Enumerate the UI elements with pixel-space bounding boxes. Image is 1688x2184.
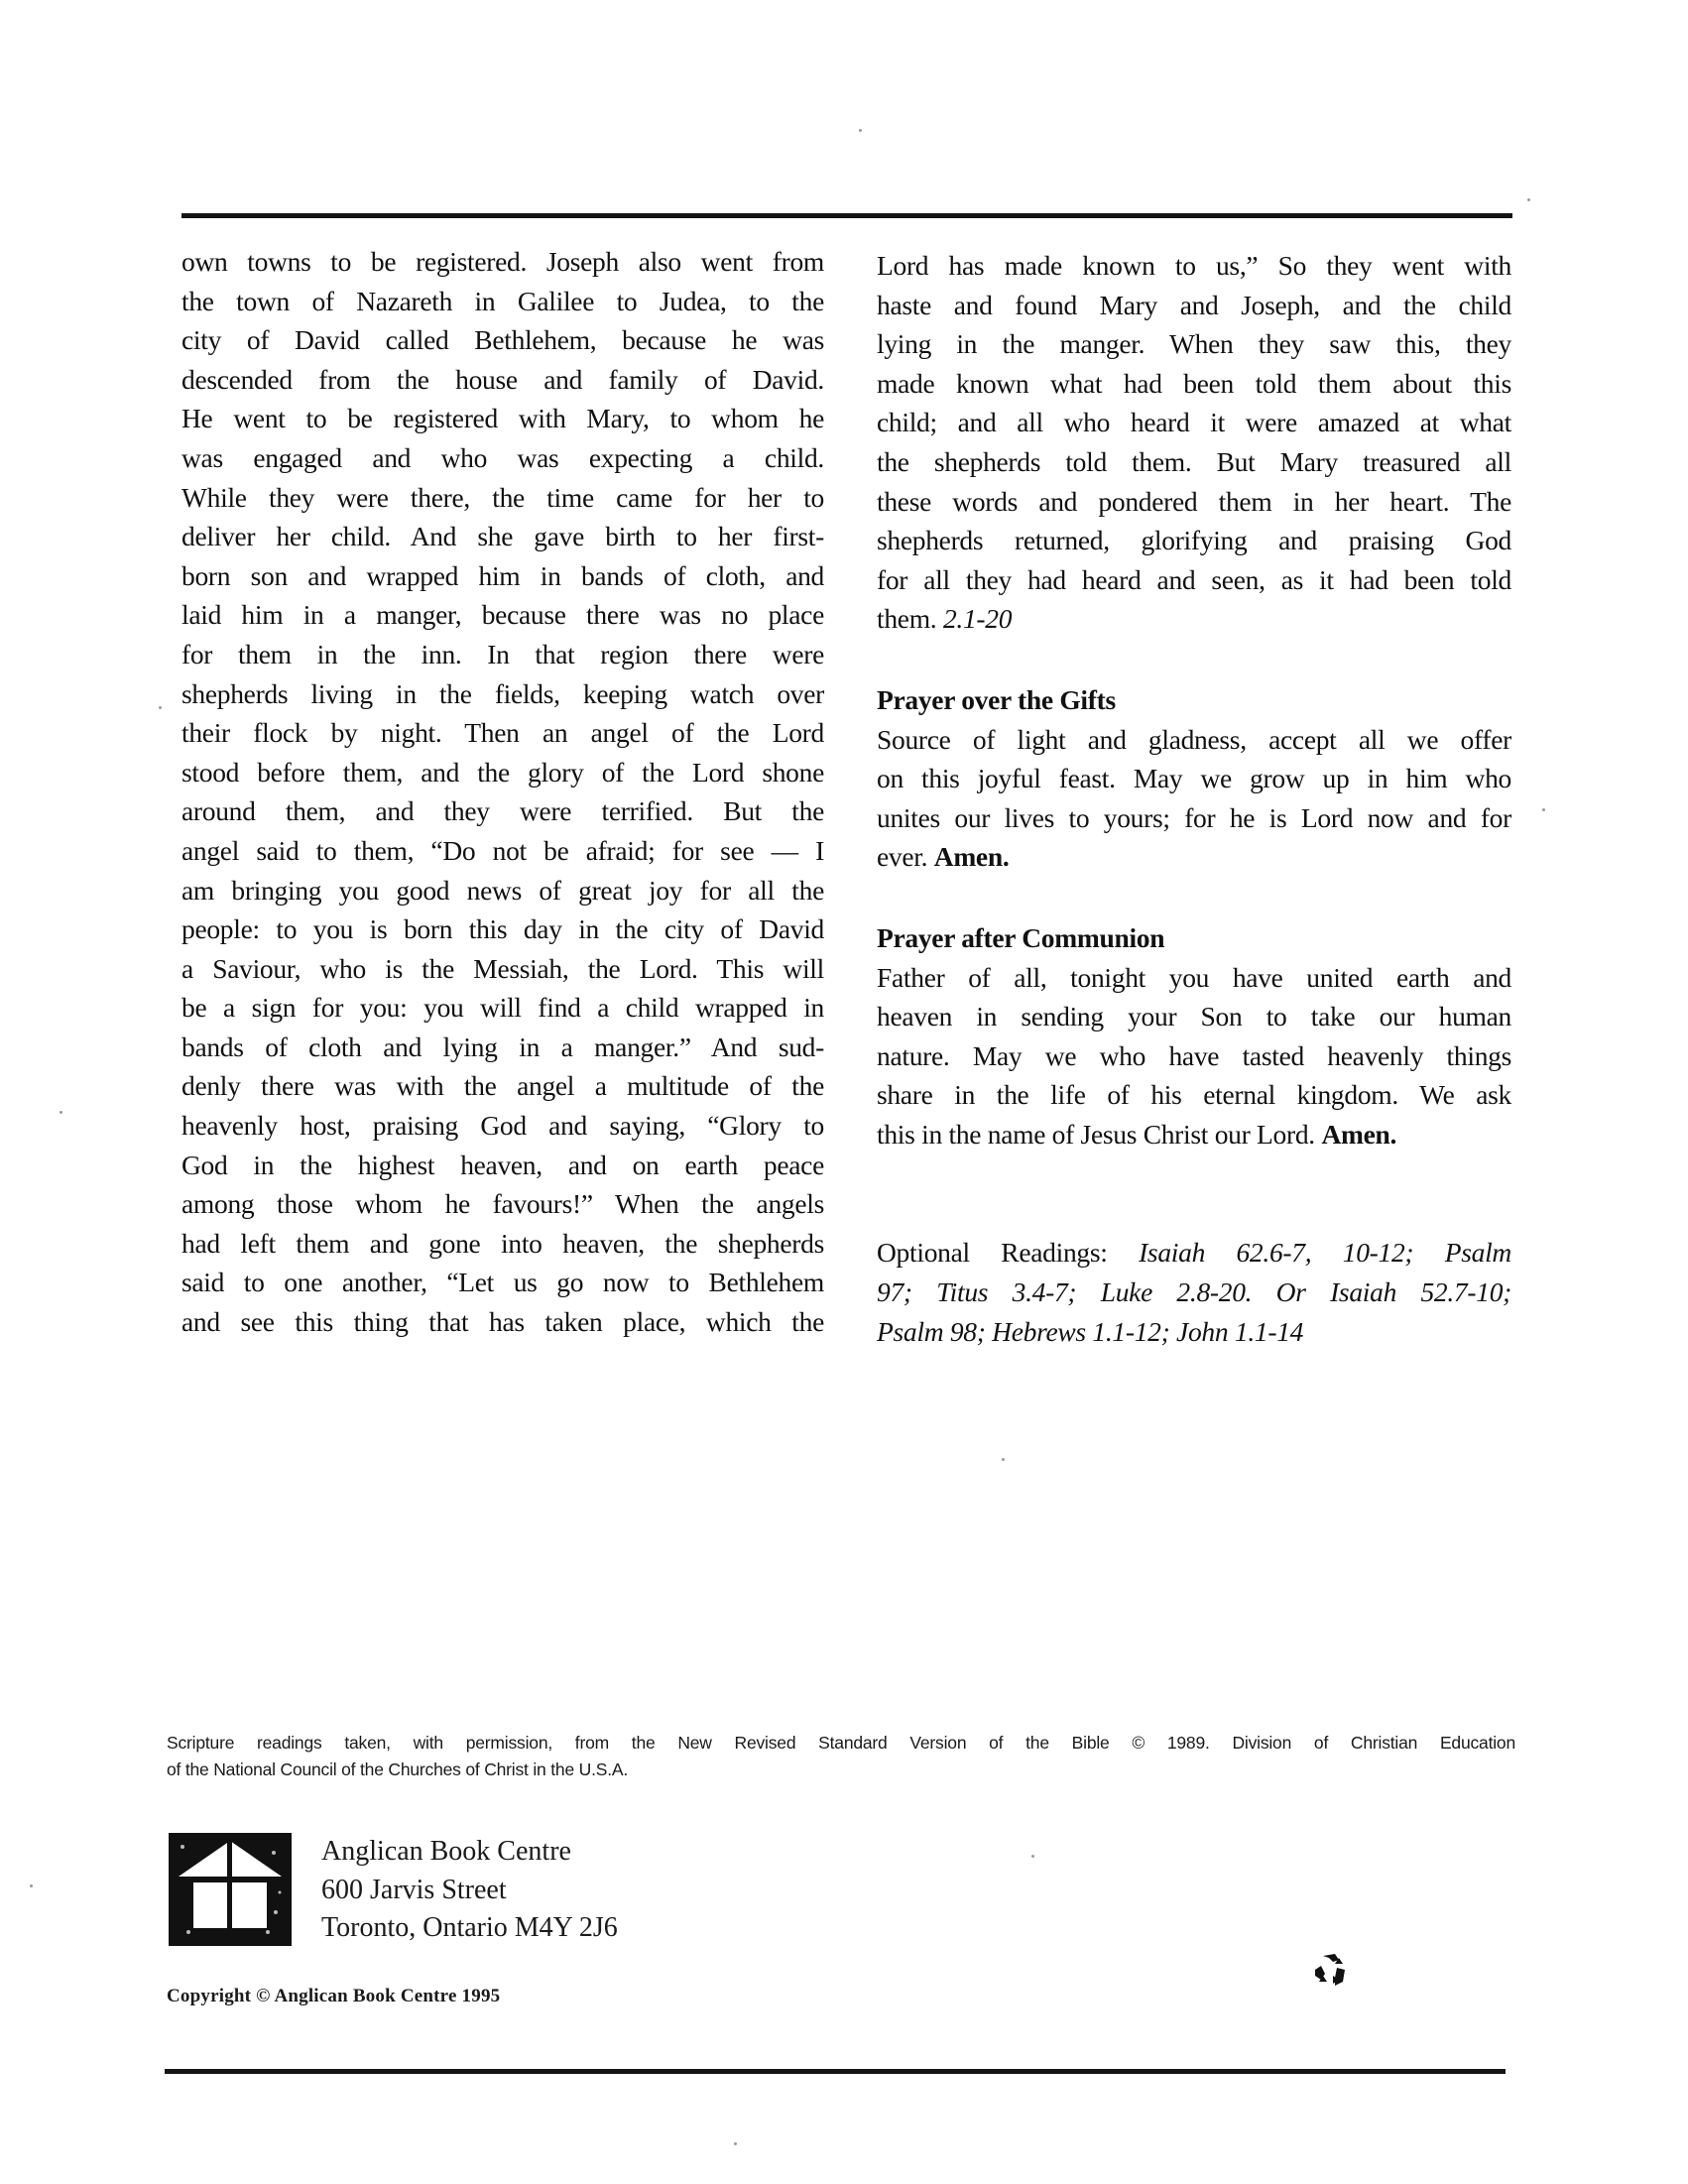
gospel-line: the shepherds told them. But Mary treasu… bbox=[877, 442, 1511, 482]
left-line: God in the highest heaven, and on earth … bbox=[181, 1146, 824, 1185]
left-line: for them in the inn. In that region ther… bbox=[181, 635, 824, 674]
left-line: laid him in a manger, because there was … bbox=[181, 595, 824, 635]
gospel-last-text: them. bbox=[877, 603, 936, 634]
left-line: stood before them, and the glory of the … bbox=[181, 753, 824, 792]
gospel-line: Lord has made known to us,” So they went… bbox=[877, 246, 1511, 286]
scan-speck bbox=[1002, 1458, 1005, 1461]
prayer-communion-last-text: this in the name of Jesus Christ our Lor… bbox=[877, 1119, 1315, 1150]
amen: Amen. bbox=[934, 841, 1010, 872]
optional-readings-line: Optional Readings: Isaiah 62.6-7, 10-12;… bbox=[877, 1233, 1511, 1273]
left-line: While they were there, the time came for… bbox=[181, 478, 824, 518]
left-line: bands of cloth and lying in a manger.” A… bbox=[181, 1028, 824, 1067]
left-line: said to one another, “Let us go now to B… bbox=[181, 1263, 824, 1302]
left-line: was engaged and who was expecting a chil… bbox=[181, 438, 824, 478]
left-line: descended from the house and family of D… bbox=[181, 360, 824, 400]
prayer-after-communion: Prayer after Communion Father of all, to… bbox=[877, 918, 1511, 1154]
scan-speck bbox=[159, 706, 162, 709]
gospel-line: child; and all who heard it were amazed … bbox=[877, 403, 1511, 442]
spacer bbox=[877, 1153, 1511, 1233]
right-column: Lord has made known to us,” So they went… bbox=[877, 246, 1511, 1351]
scan-speck bbox=[1527, 198, 1530, 201]
credit-line: of the National Council of the Churches … bbox=[167, 1757, 1515, 1783]
left-column: own towns to be registered. Joseph also … bbox=[181, 242, 824, 1342]
left-line: the town of Nazareth in Galilee to Judea… bbox=[181, 282, 824, 321]
gospel-continuation: Lord has made known to us,” So they went… bbox=[877, 246, 1511, 639]
spacer bbox=[877, 877, 1511, 918]
prayer-gifts-line: unites our lives to yours; for he is Lor… bbox=[877, 798, 1511, 838]
copyright-notice: Copyright © Anglican Book Centre 1995 bbox=[167, 1986, 500, 2007]
left-line: people: to you is born this day in the c… bbox=[181, 910, 824, 949]
prayer-communion-last-line: this in the name of Jesus Christ our Lor… bbox=[877, 1115, 1511, 1154]
prayer-communion-line: share in the life of his eternal kingdom… bbox=[877, 1075, 1511, 1115]
optional-readings-line: 97; Titus 3.4-7; Luke 2.8-20. Or Isaiah … bbox=[877, 1273, 1511, 1312]
left-line: deliver her child. And she gave birth to… bbox=[181, 517, 824, 556]
scan-speck bbox=[734, 2142, 737, 2145]
left-line: and see this thing that has taken place,… bbox=[181, 1302, 824, 1342]
left-line: am bringing you good news of great joy f… bbox=[181, 871, 824, 910]
spacer bbox=[877, 639, 1511, 680]
publisher-city: Toronto, Ontario M4Y 2J6 bbox=[321, 1909, 618, 1948]
prayer-communion-line: nature. May we who have tasted heavenly … bbox=[877, 1036, 1511, 1076]
prayer-communion-line: heaven in sending your Son to take our h… bbox=[877, 997, 1511, 1036]
bottom-rule bbox=[165, 2069, 1506, 2074]
left-line: a Saviour, who is the Messiah, the Lord.… bbox=[181, 949, 824, 989]
left-line: He went to be registered with Mary, to w… bbox=[181, 399, 824, 438]
left-line: shepherds living in the fields, keeping … bbox=[181, 674, 824, 714]
prayer-communion-line: Father of all, tonight you have united e… bbox=[877, 958, 1511, 998]
gospel-last-line: them. 2.1-20 bbox=[877, 599, 1511, 639]
prayer-gifts-last-text: ever. bbox=[877, 841, 927, 872]
gospel-line: haste and found Mary and Joseph, and the… bbox=[877, 286, 1511, 325]
scan-speck bbox=[1031, 1855, 1034, 1858]
scan-speck bbox=[1542, 808, 1545, 811]
left-line: born son and wrapped him in bands of clo… bbox=[181, 556, 824, 596]
gospel-line: lying in the manger. When they saw this,… bbox=[877, 324, 1511, 364]
gospel-reference: 2.1-20 bbox=[943, 603, 1012, 634]
recycle-icon bbox=[1309, 1948, 1353, 1992]
left-line: had left them and gone into heaven, the … bbox=[181, 1224, 824, 1264]
gospel-line: for all they had heard and seen, as it h… bbox=[877, 560, 1511, 600]
prayer-over-the-gifts: Prayer over the Gifts Source of light an… bbox=[877, 680, 1511, 877]
left-line: denly there was with the angel a multitu… bbox=[181, 1066, 824, 1106]
left-line: own towns to be registered. Joseph also … bbox=[181, 242, 824, 282]
scan-speck bbox=[60, 1111, 62, 1114]
credit-line: Scripture readings taken, with permissio… bbox=[167, 1730, 1515, 1757]
left-line: their flock by night. Then an angel of t… bbox=[181, 713, 824, 753]
left-line: angel said to them, “Do not be afraid; f… bbox=[181, 831, 824, 871]
anglican-book-centre-logo-icon bbox=[169, 1833, 292, 1946]
optional-readings: Optional Readings: Isaiah 62.6-7, 10-12;… bbox=[877, 1233, 1511, 1351]
top-rule bbox=[181, 213, 1512, 218]
scan-speck bbox=[30, 1884, 33, 1887]
scripture-credit: Scripture readings taken, with permissio… bbox=[167, 1730, 1515, 1783]
prayer-gifts-heading: Prayer over the Gifts bbox=[877, 680, 1511, 720]
publisher-name: Anglican Book Centre bbox=[321, 1833, 618, 1872]
left-line: be a sign for you: you will find a child… bbox=[181, 988, 824, 1028]
prayer-gifts-last-line: ever. Amen. bbox=[877, 837, 1511, 877]
gospel-line: shepherds returned, glorifying and prais… bbox=[877, 521, 1511, 560]
prayer-communion-heading: Prayer after Communion bbox=[877, 918, 1511, 958]
left-line: around them, and they were terrified. Bu… bbox=[181, 791, 824, 831]
optional-readings-label: Optional Readings: bbox=[877, 1237, 1108, 1268]
prayer-gifts-line: Source of light and gladness, accept all… bbox=[877, 720, 1511, 760]
scan-speck bbox=[859, 129, 862, 132]
gospel-line: made known what had been told them about… bbox=[877, 364, 1511, 404]
prayer-gifts-line: on this joyful feast. May we grow up in … bbox=[877, 759, 1511, 798]
optional-readings-line: Psalm 98; Hebrews 1.1-12; John 1.1-14 bbox=[877, 1312, 1511, 1352]
left-line: heavenly host, praising God and saying, … bbox=[181, 1106, 824, 1146]
left-line: city of David called Bethlehem, because … bbox=[181, 320, 824, 360]
optional-readings-refs: Isaiah 62.6-7, 10-12; Psalm bbox=[1139, 1237, 1511, 1268]
gospel-line: these words and pondered them in her hea… bbox=[877, 482, 1511, 522]
publisher-address: Anglican Book Centre 600 Jarvis Street T… bbox=[321, 1833, 618, 1948]
publisher-street: 600 Jarvis Street bbox=[321, 1872, 618, 1910]
left-line: among those whom he favours!” When the a… bbox=[181, 1184, 824, 1224]
amen: Amen. bbox=[1321, 1119, 1396, 1150]
